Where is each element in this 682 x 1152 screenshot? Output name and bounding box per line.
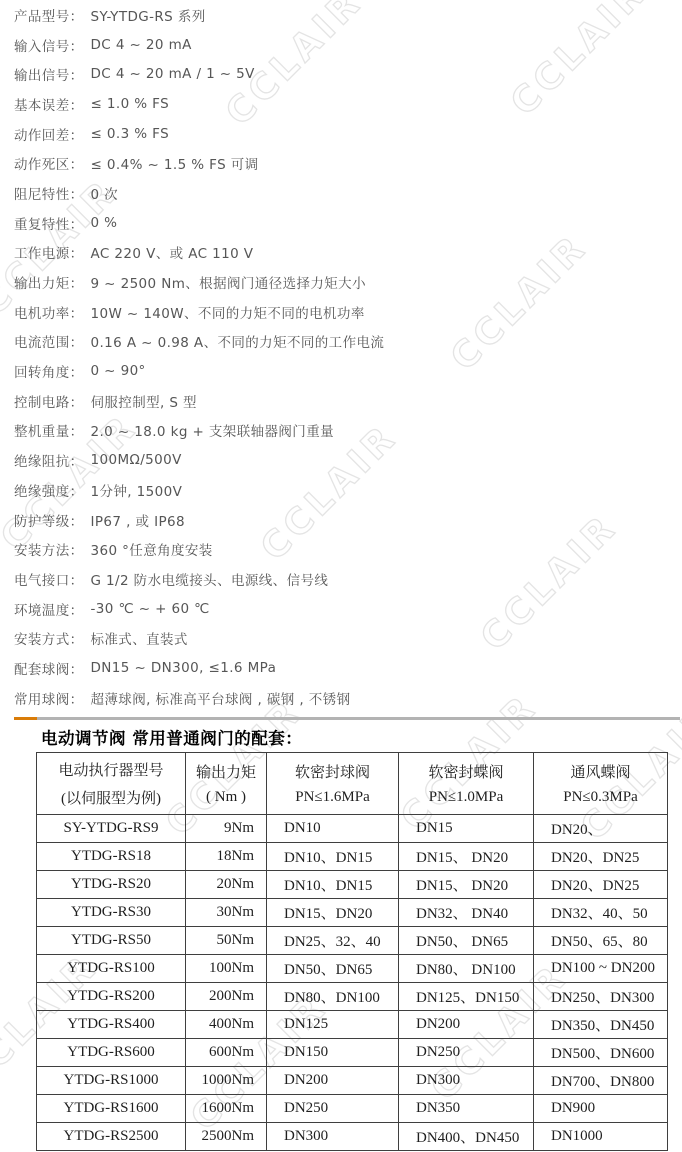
header-line1: 电动执行器型号 [37,759,185,780]
header-ventilation-butterfly-valve: 通风蝶阀PN≤0.3MPa [534,753,668,815]
cell-model: YTDG-RS50 [37,927,186,955]
spec-list: 产品型号：SY-YTDG-RS 系列 输入信号：DC 4 ~ 20 mA 输出信… [14,0,682,713]
cell-ventilation-valve: DN900 [534,1095,668,1123]
cell-ventilation-valve: DN250、DN300 [534,983,668,1011]
cell-ball-valve: DN10、DN15 [267,843,399,871]
cell-ventilation-valve: DN500、DN600 [534,1039,668,1067]
header-line2: (以伺服型为例) [37,787,185,808]
table-row: YTDG-RS50 50Nm DN25、32、40 DN50、 DN65 DN5… [37,927,668,955]
table-row: YTDG-RS200 200Nm DN80、DN100 DN125、DN150 … [37,983,668,1011]
spec-row-hysteresis: 动作回差：≤ 0.3 % FS [14,119,682,149]
cell-model: YTDG-RS600 [37,1039,186,1067]
spec-value: 0 ~ 90° [91,363,146,379]
spec-value: -30 ℃ ~ + 60 ℃ [91,601,210,617]
spec-label: 输出力矩： [14,272,84,292]
spec-value: 1分钟, 1500V [91,480,183,500]
spec-value: SY-YTDG-RS 系列 [91,5,206,25]
spec-row-output-torque: 输出力矩：9 ~ 2500 Nm、根据阀门通径选择力矩大小 [14,267,682,297]
spec-value: ≤ 1.0 % FS [91,96,170,112]
cell-model: YTDG-RS2500 [37,1123,186,1151]
header-line1: 通风蝶阀 [534,761,667,782]
header-line2: PN≤0.3MPa [534,789,667,806]
cell-torque: 1000Nm [186,1067,267,1095]
spec-row-dead-zone: 动作死区：≤ 0.4% ~ 1.5 % FS 可调 [14,148,682,178]
table-row: YTDG-RS100 100Nm DN50、DN65 DN80、 DN100 D… [37,955,668,983]
spec-value: DC 4 ~ 20 mA / 1 ~ 5V [91,66,255,82]
cell-torque: 100Nm [186,955,267,983]
cell-torque: 400Nm [186,1011,267,1039]
table-row: SY-YTDG-RS9 9Nm DN10 DN15 DN20、 [37,815,668,843]
cell-ball-valve: DN200 [267,1067,399,1095]
table-row: YTDG-RS2500 2500Nm DN300 DN400、DN450 DN1… [37,1123,668,1151]
spec-label: 整机重量： [14,420,84,440]
cell-ball-valve: DN25、32、40 [267,927,399,955]
spec-label: 绝缘阻抗： [14,450,84,470]
cell-ventilation-valve: DN350、DN450 [534,1011,668,1039]
spec-value: DN15 ~ DN300, ≤1.6 MPa [91,660,277,676]
cell-ventilation-valve: DN20、DN25 [534,871,668,899]
spec-label: 控制电路： [14,391,84,411]
spec-value: 伺服控制型, S 型 [91,391,197,411]
cell-torque: 200Nm [186,983,267,1011]
cell-model: YTDG-RS400 [37,1011,186,1039]
spec-label: 阻尼特性： [14,183,84,203]
cell-model: YTDG-RS18 [37,843,186,871]
cell-torque: 20Nm [186,871,267,899]
spec-value: 0 次 [91,183,119,203]
spec-value: 超薄球阀, 标准高平台球阀 , 碳钢 , 不锈钢 [91,688,351,708]
cell-butterfly-valve: DN50、 DN65 [399,927,534,955]
spec-value: DC 4 ~ 20 mA [91,37,192,53]
spec-label: 重复特性： [14,213,84,233]
cell-butterfly-valve: DN80、 DN100 [399,955,534,983]
spec-row-power-supply: 工作电源：AC 220 V、或 AC 110 V [14,238,682,268]
cell-ball-valve: DN300 [267,1123,399,1151]
spec-row-installation-style: 安装方式：标准式、直装式 [14,623,682,653]
header-line2: PN≤1.6MPa [267,789,398,806]
cell-butterfly-valve: DN15、 DN20 [399,843,534,871]
cell-ventilation-valve: DN32、40、50 [534,899,668,927]
spec-row-current-range: 电流范围：0.16 A ~ 0.98 A、不同的力矩不同的工作电流 [14,327,682,357]
cell-ventilation-valve: DN20、 [534,815,668,843]
spec-value: 0.16 A ~ 0.98 A、不同的力矩不同的工作电流 [91,331,385,351]
cell-ball-valve: DN50、DN65 [267,955,399,983]
spec-label: 电机功率： [14,302,84,322]
spec-row-output-signal: 输出信号：DC 4 ~ 20 mA / 1 ~ 5V [14,59,682,89]
header-soft-seal-ball-valve: 软密封球阀PN≤1.6MPa [267,753,399,815]
cell-torque: 50Nm [186,927,267,955]
table-row: YTDG-RS1000 1000Nm DN200 DN300 DN700、DN8… [37,1067,668,1095]
spec-label: 动作回差： [14,124,84,144]
spec-row-common-ball-valve: 常用球阀：超薄球阀, 标准高平台球阀 , 碳钢 , 不锈钢 [14,683,682,713]
spec-label: 电气接口： [14,569,84,589]
cell-butterfly-valve: DN300 [399,1067,534,1095]
spec-row-mounting-method: 安装方法：360 °任意角度安装 [14,534,682,564]
spec-row-input-signal: 输入信号：DC 4 ~ 20 mA [14,30,682,60]
spec-label: 环境温度： [14,599,84,619]
header-soft-seal-butterfly-valve: 软密封蝶阀PN≤1.0MPa [399,753,534,815]
spec-row-repeatability: 重复特性：0 % [14,208,682,238]
spec-row-insulation-resistance: 绝缘阻抗：100MΩ/500V [14,445,682,475]
spec-row-motor-power: 电机功率：10W ~ 140W、不同的力矩不同的电机功率 [14,297,682,327]
spec-label: 动作死区： [14,153,84,173]
divider-line [37,717,680,720]
header-line1: 软密封蝶阀 [399,761,533,782]
table-title: 电动调节阀 常用普通阀门的配套： [41,725,302,749]
cell-model: YTDG-RS20 [37,871,186,899]
header-actuator-model: 电动执行器型号(以伺服型为例) [37,753,186,815]
spec-row-damping: 阻尼特性：0 次 [14,178,682,208]
cell-ball-valve: DN125 [267,1011,399,1039]
cell-model: YTDG-RS100 [37,955,186,983]
cell-torque: 600Nm [186,1039,267,1067]
valve-matching-table: 电动执行器型号(以伺服型为例) 输出力矩( Nm ) 软密封球阀PN≤1.6MP… [36,752,668,1151]
spec-label: 常用球阀： [14,688,84,708]
spec-value: 9 ~ 2500 Nm、根据阀门通径选择力矩大小 [91,272,366,292]
table-row: YTDG-RS18 18Nm DN10、DN15 DN15、 DN20 DN20… [37,843,668,871]
header-line2: PN≤1.0MPa [399,789,533,806]
cell-torque: 1600Nm [186,1095,267,1123]
spec-value: 0 % [91,215,118,231]
table-row: YTDG-RS20 20Nm DN10、DN15 DN15、 DN20 DN20… [37,871,668,899]
spec-row-insulation-strength: 绝缘强度：1分钟, 1500V [14,475,682,505]
spec-label: 输出信号： [14,64,84,84]
table-row: YTDG-RS1600 1600Nm DN250 DN350 DN900 [37,1095,668,1123]
cell-ball-valve: DN250 [267,1095,399,1123]
spec-label: 产品型号： [14,5,84,25]
spec-value: ≤ 0.3 % FS [91,126,170,142]
cell-butterfly-valve: DN15、 DN20 [399,871,534,899]
table-header-row: 电动执行器型号(以伺服型为例) 输出力矩( Nm ) 软密封球阀PN≤1.6MP… [37,753,668,815]
spec-value: ≤ 0.4% ~ 1.5 % FS 可调 [91,153,259,173]
spec-label: 基本误差： [14,94,84,114]
spec-row-product-model: 产品型号：SY-YTDG-RS 系列 [14,0,682,30]
header-line2: ( Nm ) [186,789,266,806]
spec-label: 防护等级： [14,510,84,530]
spec-value: 标准式、直装式 [91,628,188,648]
spec-row-total-weight: 整机重量：2.0 ~ 18.0 kg + 支架联轴器阀门重量 [14,416,682,446]
cell-butterfly-valve: DN400、DN450 [399,1123,534,1151]
cell-torque: 9Nm [186,815,267,843]
header-line1: 输出力矩 [186,761,266,782]
cell-torque: 30Nm [186,899,267,927]
cell-ventilation-valve: DN100 ~ DN200 [534,955,668,983]
cell-ball-valve: DN10 [267,815,399,843]
spec-row-rotation-angle: 回转角度：0 ~ 90° [14,356,682,386]
header-line1: 软密封球阀 [267,761,398,782]
cell-model: YTDG-RS1000 [37,1067,186,1095]
cell-model: SY-YTDG-RS9 [37,815,186,843]
spec-row-electrical-interface: 电气接口：G 1/2 防水电缆接头、电源线、信号线 [14,564,682,594]
cell-butterfly-valve: DN350 [399,1095,534,1123]
spec-row-control-circuit: 控制电路：伺服控制型, S 型 [14,386,682,416]
cell-ball-valve: DN10、DN15 [267,871,399,899]
cell-butterfly-valve: DN200 [399,1011,534,1039]
spec-label: 回转角度： [14,361,84,381]
cell-model: YTDG-RS1600 [37,1095,186,1123]
divider-accent [14,717,37,720]
cell-butterfly-valve: DN250 [399,1039,534,1067]
spec-row-basic-error: 基本误差：≤ 1.0 % FS [14,89,682,119]
spec-value: 100MΩ/500V [91,452,182,468]
spec-value: AC 220 V、或 AC 110 V [91,242,254,262]
cell-model: YTDG-RS200 [37,983,186,1011]
spec-value: 10W ~ 140W、不同的力矩不同的电机功率 [91,302,365,322]
spec-label: 安装方式： [14,628,84,648]
cell-ventilation-valve: DN20、DN25 [534,843,668,871]
spec-label: 电流范围： [14,331,84,351]
cell-butterfly-valve: DN32、 DN40 [399,899,534,927]
spec-value: 360 °任意角度安装 [91,539,213,559]
cell-torque: 2500Nm [186,1123,267,1151]
spec-label: 配套球阀： [14,658,84,678]
table-row: YTDG-RS400 400Nm DN125 DN200 DN350、DN450 [37,1011,668,1039]
spec-label: 安装方法： [14,539,84,559]
spec-row-matching-ball-valve: 配套球阀：DN15 ~ DN300, ≤1.6 MPa [14,653,682,683]
spec-row-ambient-temperature: 环境温度：-30 ℃ ~ + 60 ℃ [14,594,682,624]
cell-butterfly-valve: DN15 [399,815,534,843]
spec-value: 2.0 ~ 18.0 kg + 支架联轴器阀门重量 [91,420,335,440]
spec-value: G 1/2 防水电缆接头、电源线、信号线 [91,569,329,589]
spec-label: 绝缘强度： [14,480,84,500]
section-divider [14,717,680,720]
spec-row-protection-class: 防护等级：IP67 , 或 IP68 [14,505,682,535]
cell-ventilation-valve: DN700、DN800 [534,1067,668,1095]
cell-ball-valve: DN15、DN20 [267,899,399,927]
cell-butterfly-valve: DN125、DN150 [399,983,534,1011]
header-output-torque: 输出力矩( Nm ) [186,753,267,815]
table-row: YTDG-RS30 30Nm DN15、DN20 DN32、 DN40 DN32… [37,899,668,927]
spec-value: IP67 , 或 IP68 [91,510,185,530]
cell-ball-valve: DN150 [267,1039,399,1067]
table-row: YTDG-RS600 600Nm DN150 DN250 DN500、DN600 [37,1039,668,1067]
cell-ball-valve: DN80、DN100 [267,983,399,1011]
cell-ventilation-valve: DN1000 [534,1123,668,1151]
cell-torque: 18Nm [186,843,267,871]
spec-label: 工作电源： [14,242,84,262]
cell-ventilation-valve: DN50、65、80 [534,927,668,955]
cell-model: YTDG-RS30 [37,899,186,927]
spec-label: 输入信号： [14,35,84,55]
